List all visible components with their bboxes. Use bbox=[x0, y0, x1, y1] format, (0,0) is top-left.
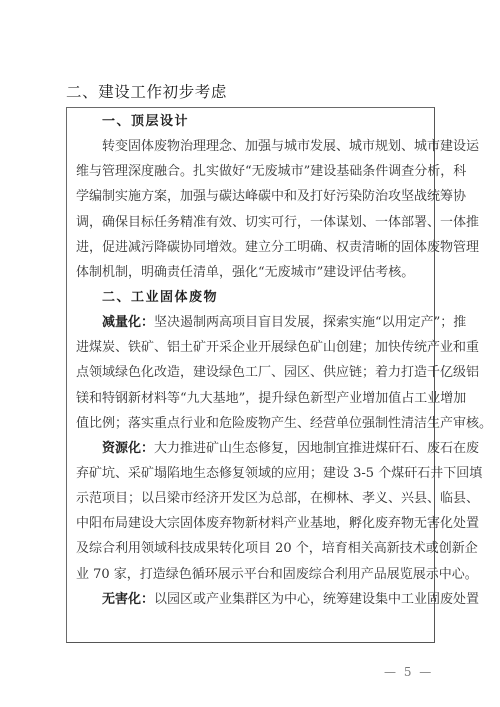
paragraph-line: 维与管理深度融合。扎实做好“无废城市”建设基础条件调查分析，科 bbox=[76, 159, 432, 184]
paragraph-line: 学编制实施方案，加强与碳达峰碳中和及打好污染防治攻坚战统筹协 bbox=[76, 184, 432, 209]
reduction-first-line: 减量化：坚决遏制两高项目盲目发展，探索实施“以用定产”；推 bbox=[76, 310, 432, 335]
resource-first-line: 资源化：大力推进矿山生态修复，因地制宜推进煤矸石、废石在废 bbox=[76, 436, 432, 461]
paragraph-line: 进，促进减污降碳协同增效。建立分工明确、权责清晰的固体废物管理 bbox=[76, 235, 432, 260]
harmless-first-line: 无害化：以园区或产业集群区为中心，统筹建设集中工业固废处置 bbox=[76, 587, 432, 612]
paragraph-line: 进煤炭、铁矿、铝土矿开采企业开展绿色矿山创建；加快传统产业和重 bbox=[76, 335, 432, 360]
paragraph-line: 示范项目；以吕梁市经济开发区为总部，在柳林、孝义、兴县、临县、 bbox=[76, 486, 432, 511]
resource-text: 大力推进矿山生态修复，因地制宜推进煤矸石、废石在废 bbox=[154, 441, 479, 456]
section-title: 二、建设工作初步考虑 bbox=[66, 80, 227, 102]
resource-lead: 资源化： bbox=[102, 441, 154, 456]
subheading-top-level-design: 一、顶层设计 bbox=[76, 109, 432, 134]
page-number: — 5 — bbox=[384, 665, 433, 679]
harmless-lead: 无害化： bbox=[102, 592, 154, 607]
paragraph-line: 体制机制，明确责任清单，强化“无废城市”建设评估考核。 bbox=[76, 260, 432, 285]
paragraph-line: 调，确保目标任务精准有效、切实可行，一体谋划、一体部署、一体推 bbox=[76, 210, 432, 235]
box-content: 一、顶层设计 转变固体废物治理理念、加强与城市发展、城市规划、城市建设运 维与管… bbox=[76, 109, 432, 612]
paragraph-line: 值比例；落实重点行业和危险废物产生、经营单位强制性清洁生产审核。 bbox=[76, 411, 432, 436]
paragraph-line: 中阳布局建设大宗固体废弃物新材料产业基地，孵化废弃物无害化处置 bbox=[76, 511, 432, 536]
paragraph-line: 弃矿坑、采矿塌陷地生态修复领域的应用；建设 3-5 个煤矸石井下回填 bbox=[76, 461, 432, 486]
paragraph-line: 及综合利用领域科技成果转化项目 20 个，培育相关高新技术或创新企 bbox=[76, 536, 432, 561]
reduction-text: 坚决遏制两高项目盲目发展，探索实施“以用定产”；推 bbox=[154, 315, 466, 330]
paragraph-line: 点领域绿色化改造，建设绿色工厂、园区、供应链；着力打造千亿级铝 bbox=[76, 360, 432, 385]
subheading-industrial-solid-waste: 二、工业固体废物 bbox=[76, 285, 432, 310]
paragraph-line: 转变固体废物治理理念、加强与城市发展、城市规划、城市建设运 bbox=[76, 134, 432, 159]
reduction-lead: 减量化： bbox=[102, 315, 154, 330]
paragraph-line: 镁和特钢新材料等“九大基地”，提升绿色新型产业增加值占工业增加 bbox=[76, 386, 432, 411]
harmless-text: 以园区或产业集群区为中心，统筹建设集中工业固废处置 bbox=[154, 592, 479, 607]
paragraph-line: 业 70 家，打造绿色循环展示平台和固废综合利用产品展览展示中心。 bbox=[76, 562, 432, 587]
